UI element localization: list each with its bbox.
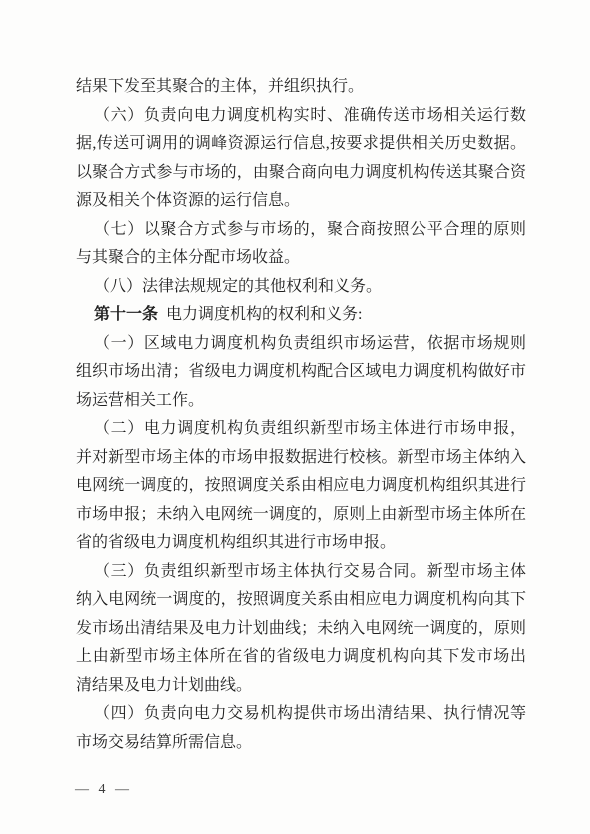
- text-line: 结果下发至其聚合的主体，并组织执行。: [76, 73, 526, 102]
- text-line: （三）负责组织新型市场主体执行交易合同。新型市场主体: [76, 558, 526, 587]
- text-line: （八）法律法规规定的其他权利和义务。: [76, 273, 526, 302]
- article-number: 第十一条: [94, 306, 158, 323]
- text-line: 清结果及电力计划曲线。: [76, 672, 526, 701]
- document-page: 结果下发至其聚合的主体，并组织执行。 （六）负责向电力调度机构实时、准确传送市场…: [0, 0, 590, 834]
- text-line: 电网统一调度的，按照调度关系由相应电力调度机构组织其进行: [76, 472, 526, 501]
- text-line: 市场申报；未纳入电网统一调度的，原则上由新型市场主体所在: [76, 501, 526, 530]
- article-heading-line: 第十一条电力调度机构的权利和义务:: [76, 301, 526, 330]
- text-line: 组织市场出清；省级电力调度机构配合区域电力调度机构做好市: [76, 358, 526, 387]
- text-line: 发市场出清结果及电力计划曲线；未纳入电网统一调度的，原则: [76, 615, 526, 644]
- text-line: 与其聚合的主体分配市场收益。: [76, 244, 526, 273]
- text-line: （一）区域电力调度机构负责组织市场运营，依据市场规则: [76, 330, 526, 359]
- text-line: 上由新型市场主体所在省的省级电力调度机构向其下发市场出: [76, 643, 526, 672]
- text-line: （六）负责向电力调度机构实时、准确传送市场相关运行数: [76, 102, 526, 131]
- text-line: 据,传送可调用的调峰资源运行信息,按要求提供相关历史数据。: [76, 130, 526, 159]
- article-heading-text: 电力调度机构的权利和义务:: [166, 306, 362, 323]
- text-line: 场运营相关工作。: [76, 387, 526, 416]
- text-line: 并对新型市场主体的市场申报数据进行校核。新型市场主体纳入: [76, 444, 526, 473]
- page-number: — 4 —: [75, 782, 131, 798]
- text-line: （七）以聚合方式参与市场的，聚合商按照公平合理的原则: [76, 216, 526, 245]
- text-line: 省的省级电力调度机构组织其进行市场申报。: [76, 529, 526, 558]
- text-line: （二）电力调度机构负责组织新型市场主体进行市场申报，: [76, 415, 526, 444]
- document-body: 结果下发至其聚合的主体，并组织执行。 （六）负责向电力调度机构实时、准确传送市场…: [76, 73, 526, 757]
- text-line: 以聚合方式参与市场的，由聚合商向电力调度机构传送其聚合资: [76, 159, 526, 188]
- text-line: 市场交易结算所需信息。: [76, 729, 526, 758]
- text-line: （四）负责向电力交易机构提供市场出清结果、执行情况等: [76, 700, 526, 729]
- text-line: 纳入电网统一调度的，按照调度关系由相应电力调度机构向其下: [76, 586, 526, 615]
- text-line: 源及相关个体资源的运行信息。: [76, 187, 526, 216]
